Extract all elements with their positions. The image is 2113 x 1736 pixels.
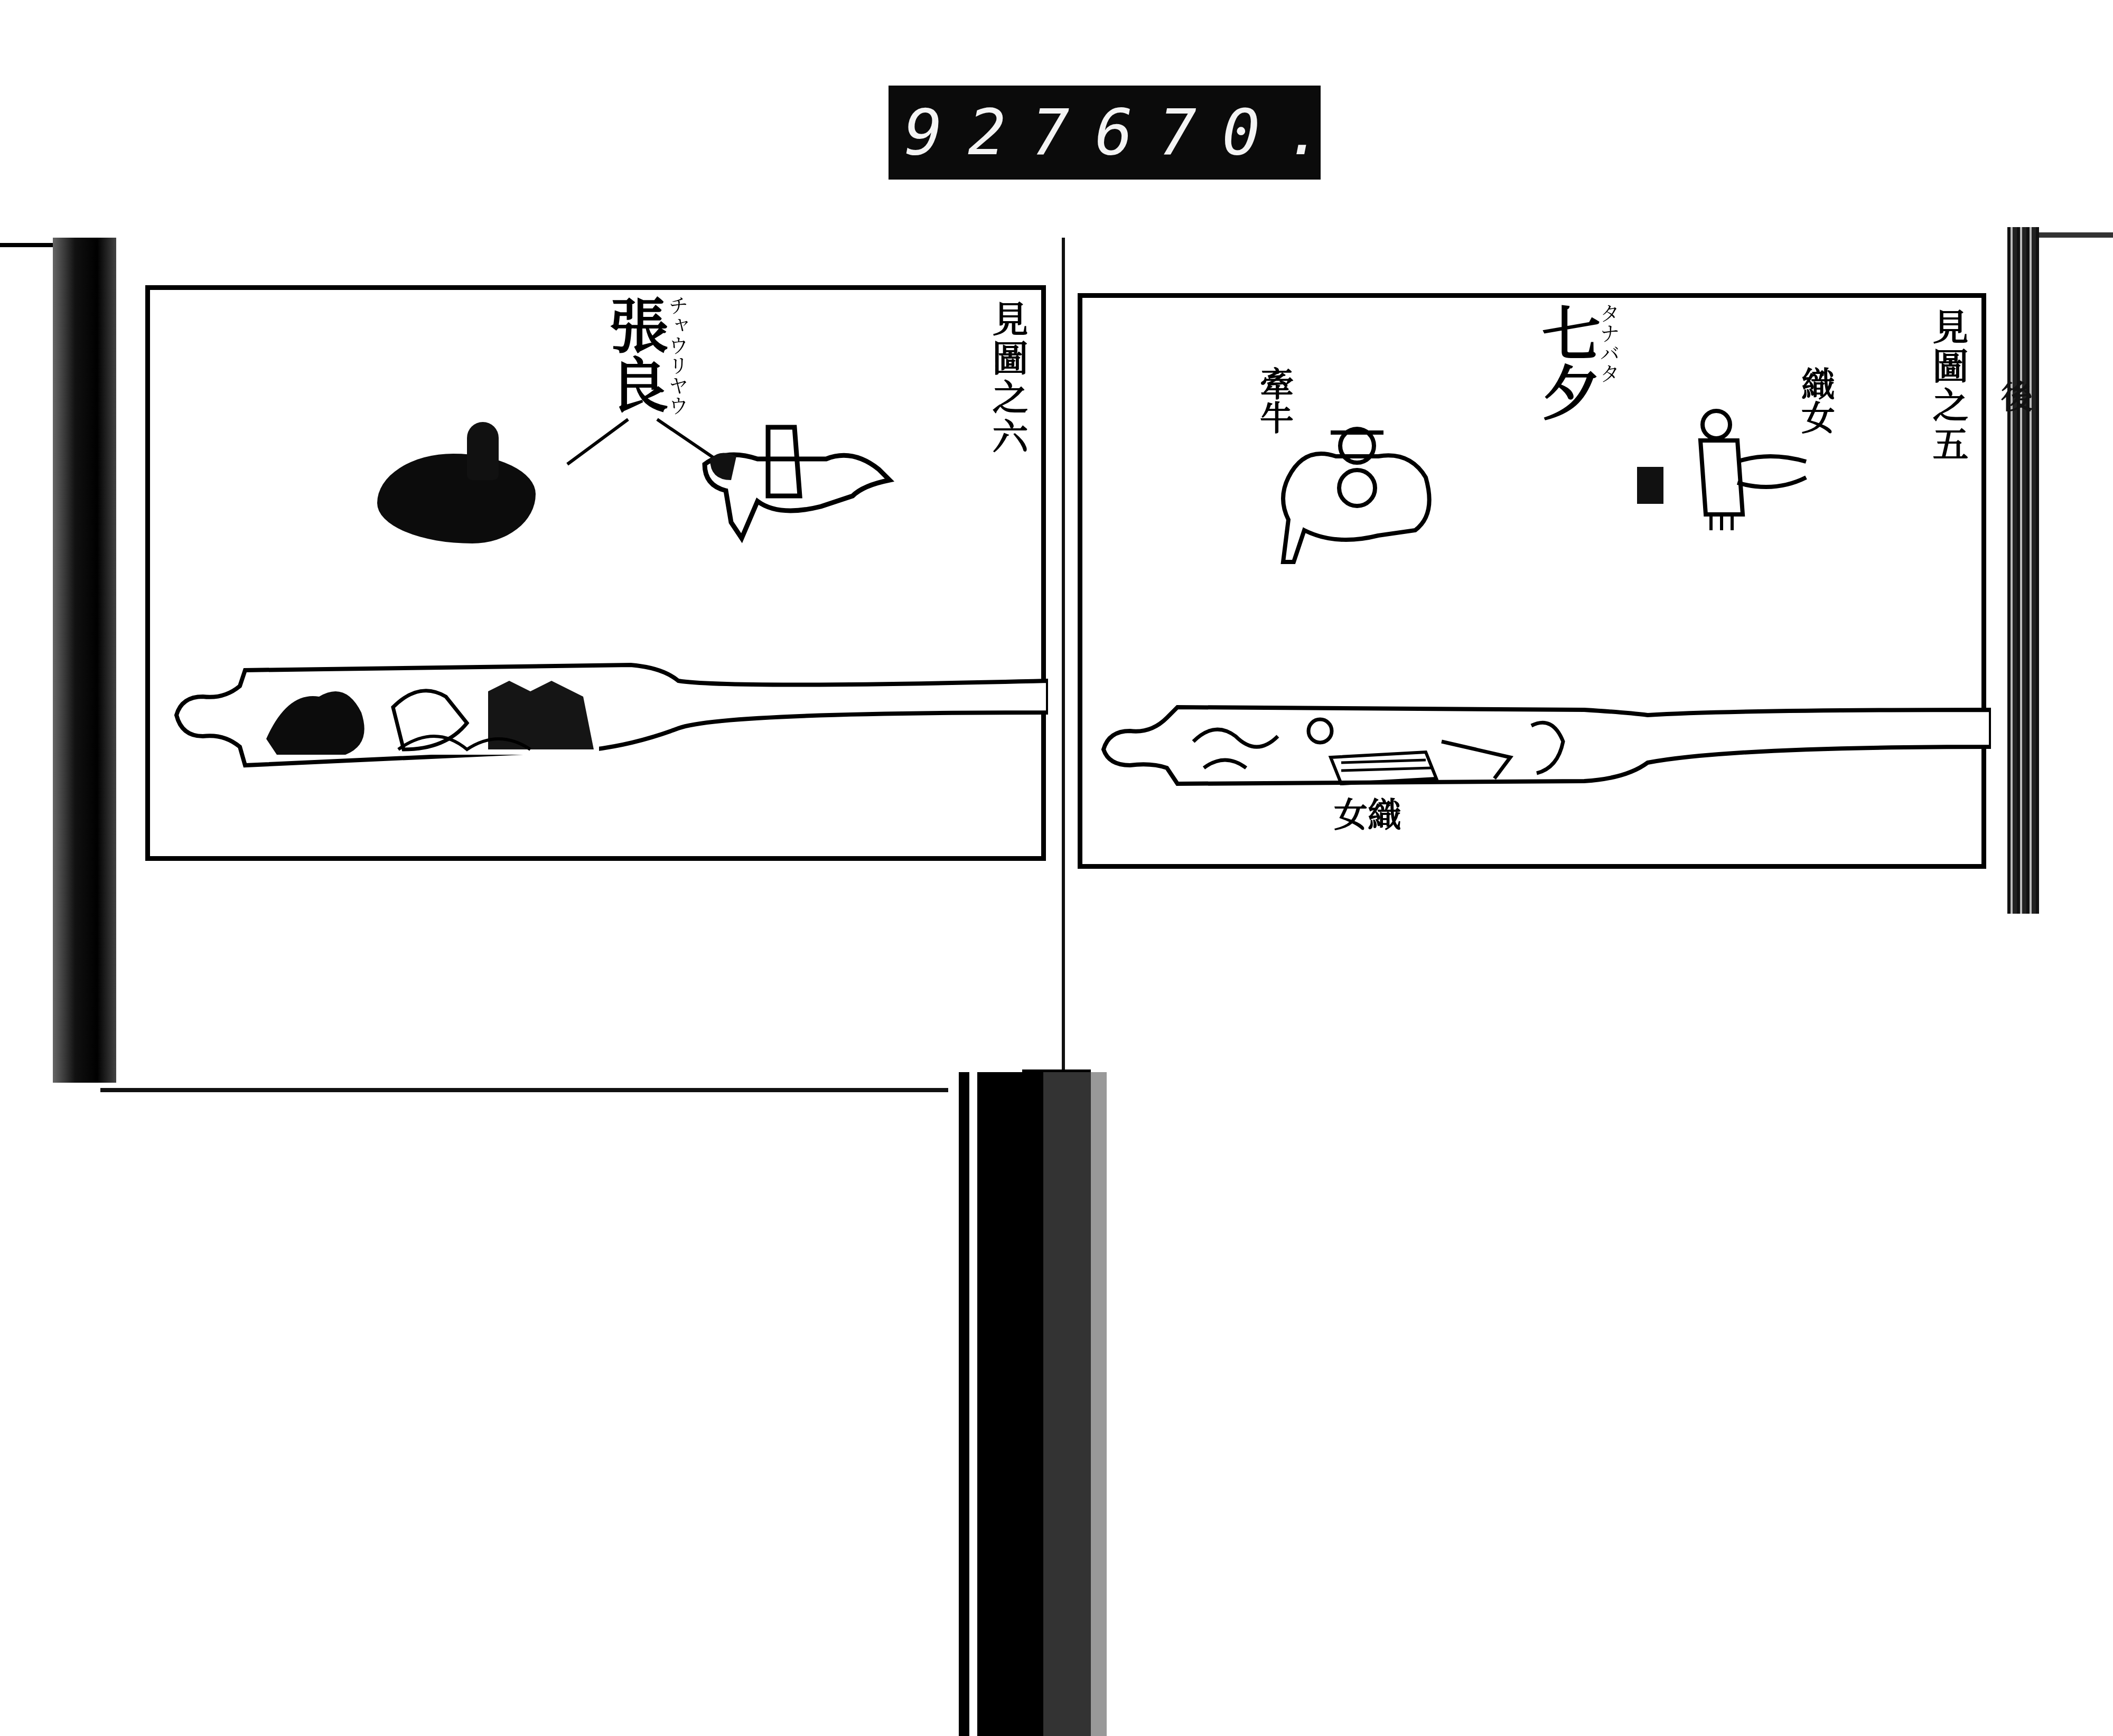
left-fore-edge [53, 238, 116, 1083]
left-plate-frame: 見圖之六 チャウリヤウ 張良 [145, 285, 1046, 861]
right-margin-text: 後 [1992, 380, 2037, 412]
right-title-group: タナバタ 七夕 [1537, 303, 1618, 421]
cowherd-with-ox [1273, 414, 1447, 567]
label-weaving-girl-paddle: 織女 [1331, 797, 1398, 864]
mounted-warrior-right [694, 417, 900, 554]
counter-left-number: 927 [904, 96, 1095, 170]
top-rule-right [2028, 232, 2113, 238]
battledore-right [1098, 699, 1991, 800]
mounted-warrior-left [377, 422, 557, 549]
weaving-girl [1637, 403, 1811, 536]
right-title-reading: タナバタ [1598, 303, 1618, 421]
left-leader-lines [150, 290, 1051, 866]
right-plate-caption: 見圖之五 [1930, 308, 1966, 465]
book-gutter [1062, 238, 1065, 1083]
battledore-left [171, 660, 1048, 771]
book-spine [948, 1072, 1117, 1736]
frame-counter: 927 670. [889, 86, 1321, 180]
counter-right-number: 670. [1095, 96, 1349, 170]
right-title: 七夕 [1537, 303, 1596, 421]
right-fore-edge [2007, 227, 2039, 914]
right-plate-frame: 見圖之五 タナバタ 七夕 牽牛 織女 [1078, 293, 1986, 869]
